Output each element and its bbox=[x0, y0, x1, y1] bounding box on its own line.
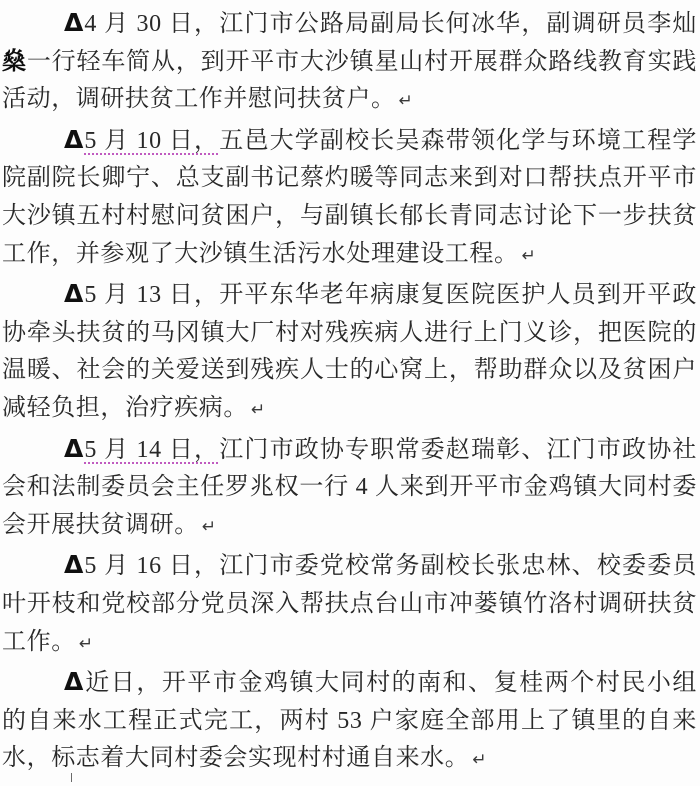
triangle-bullet-icon: Δ bbox=[64, 667, 83, 696]
triangle-bullet-icon: Δ bbox=[64, 550, 83, 579]
paragraph-mark-icon: ↵ bbox=[472, 750, 486, 770]
paragraph-mark-icon: ↵ bbox=[202, 517, 216, 537]
entry-body: 江门市公路局副局长何冰华，副调研员李灿 bbox=[219, 11, 697, 37]
news-entry-6: Δ近日，开平市金鸡镇大同村的南和、复桂两个村民小组的自来水工程正式完工，两村 5… bbox=[2, 663, 697, 780]
triangle-bullet-icon: Δ bbox=[64, 434, 83, 463]
triangle-bullet-icon: Δ bbox=[64, 8, 83, 37]
news-entry-1: Δ4 月 30 日，江门市公路局副局长何冰华，副调研员李灿燊一行轻车简从，到开平… bbox=[2, 4, 697, 121]
paragraph-mark-icon: ↵ bbox=[522, 246, 536, 266]
paragraph-mark-icon: ↵ bbox=[399, 91, 413, 111]
rare-character: 燊 bbox=[2, 49, 27, 75]
entry-date: 4 月 30 日， bbox=[84, 11, 219, 37]
entry-date: 5 月 16 日， bbox=[84, 553, 219, 579]
entry-date: 近日， bbox=[84, 670, 162, 696]
entry-date: 5 月 13 日， bbox=[84, 282, 219, 308]
news-entry-2: Δ5 月 10 日，五邑大学副校长吴森带领化学与环境工程学院副院长卿宁、总支副书… bbox=[2, 121, 697, 275]
entry-date-spellcheck-underline: 5 月 10 日， bbox=[84, 128, 219, 154]
news-entry-3: Δ5 月 13 日，开平东华老年病康复医院医护人员到开平政协牵头扶贫的马冈镇大厂… bbox=[2, 275, 697, 429]
document-page: Δ4 月 30 日，江门市公路局副局长何冰华，副调研员李灿燊一行轻车简从，到开平… bbox=[2, 4, 697, 780]
entry-date-spellcheck-underline: 5 月 14 日， bbox=[84, 437, 219, 463]
triangle-bullet-icon: Δ bbox=[64, 125, 83, 154]
entry-body-continued: 一行轻车简从，到开平市大沙镇星山村开展群众路线教育实践活动，调研扶贫工作并慰问扶… bbox=[2, 49, 697, 113]
paragraph-mark-icon: ↵ bbox=[251, 400, 265, 420]
news-entry-5: Δ5 月 16 日，江门市委党校常务副校长张忠林、校委委员叶开枝和党校部分党员深… bbox=[2, 546, 697, 663]
text-cursor bbox=[71, 773, 72, 782]
news-entry-4: Δ5 月 14 日，江门市政协专职常委赵瑞彰、江门市政协社会和法制委员会主任罗兆… bbox=[2, 430, 697, 547]
triangle-bullet-icon: Δ bbox=[64, 279, 83, 308]
paragraph-mark-icon: ↵ bbox=[79, 634, 93, 654]
